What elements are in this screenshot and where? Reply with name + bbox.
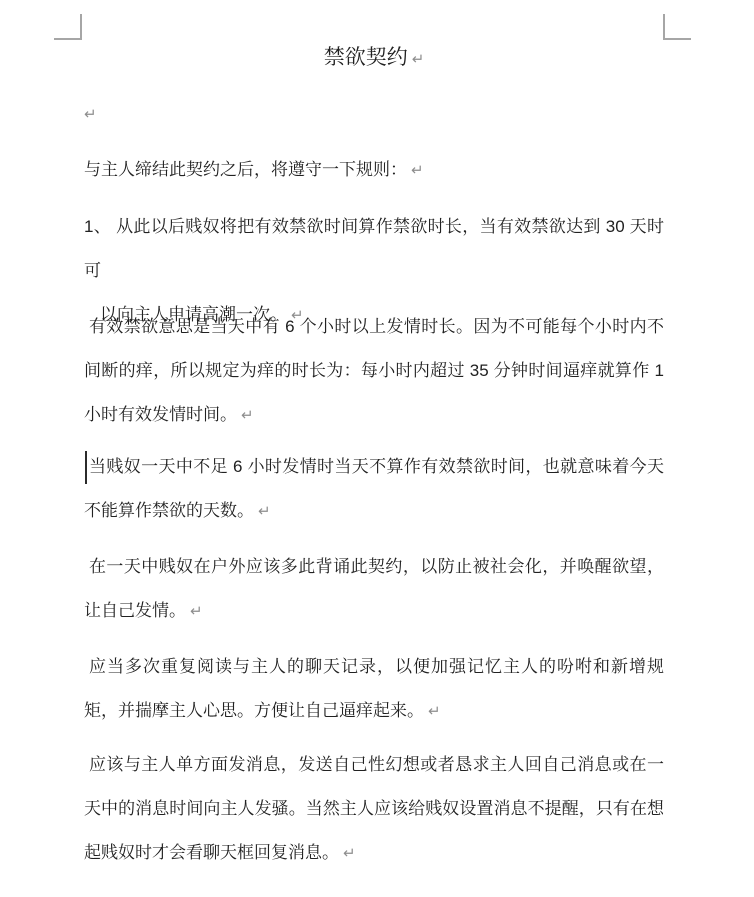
paragraph-line[interactable]: 应当多次重复阅读与主人的聊天记录，以便加强记忆主人的吩咐和新增规 (84, 645, 664, 689)
paragraph-line[interactable]: 不能算作禁欲的天数。↵ (84, 489, 664, 534)
paragraph-line[interactable]: 天中的消息时间向主人发骚。当然主人应该给贱奴设置消息不提醒，只有在想 (84, 787, 664, 831)
title-text: 禁欲契约 (324, 46, 408, 69)
paragraph-2[interactable]: 当贱奴一天中不足 6 小时发情时当天不算作有效禁欲时间，也就意味着今天 不能算作… (84, 445, 664, 534)
paragraph-mark: ↵ (411, 162, 424, 179)
paragraph-mark: ↵ (241, 407, 254, 424)
paragraph-1[interactable]: 有效禁欲意思是当天中有 6 个小时以上发情时长。因为不可能每个小时内不 间断的痒… (84, 305, 664, 438)
paragraph-line[interactable]: 当贱奴一天中不足 6 小时发情时当天不算作有效禁欲时间，也就意味着今天 (84, 445, 664, 489)
paragraph-line[interactable]: 与主人缔结此契约之后，将遵守一下规则：↵ (84, 148, 664, 193)
paragraph-line[interactable]: 让自己发情。↵ (84, 589, 664, 634)
paragraph-mark: ↵ (84, 106, 97, 123)
paragraph-mark: ↵ (343, 845, 356, 862)
paragraph-line[interactable]: 应该与主人单方面发消息，发送自己性幻想或者恳求主人回自己消息或在一 (84, 743, 664, 787)
crop-mark-top-left (54, 14, 82, 40)
paragraph-line[interactable]: 起贱奴时才会看聊天框回复消息。↵ (84, 831, 664, 876)
paragraph-line[interactable]: 小时有效发情时间。↵ (84, 393, 664, 438)
paragraph-line[interactable]: 有效禁欲意思是当天中有 6 个小时以上发情时长。因为不可能每个小时内不 (84, 305, 664, 349)
crop-mark-top-right (663, 14, 691, 40)
title-line[interactable]: 禁欲契约↵ (84, 36, 664, 82)
empty-paragraph[interactable]: ↵ (84, 92, 664, 137)
paragraph-mark: ↵ (428, 703, 441, 720)
paragraph-3[interactable]: 在一天中贱奴在户外应该多此背诵此契约，以防止被社会化，并唤醒欲望， 让自己发情。… (84, 545, 664, 634)
list-number: 1、 (84, 217, 111, 236)
intro-paragraph[interactable]: 与主人缔结此契约之后，将遵守一下规则：↵ (84, 148, 664, 193)
paragraph-mark: ↵ (258, 503, 271, 520)
paragraph-mark: ↵ (412, 51, 425, 68)
document-page[interactable]: 禁欲契约↵ ↵ 与主人缔结此契约之后，将遵守一下规则：↵ 1、从此以后贱奴将把有… (0, 0, 754, 897)
paragraph-5[interactable]: 应该与主人单方面发消息，发送自己性幻想或者恳求主人回自己消息或在一 天中的消息时… (84, 743, 664, 876)
text-cursor (85, 451, 87, 484)
paragraph-line[interactable]: 间断的痒，所以规定为痒的时长为：每小时内超过 35 分钟时间逼痒就算作 1 (84, 349, 664, 393)
paragraph-mark: ↵ (190, 603, 203, 620)
document-title[interactable]: 禁欲契约↵ (84, 36, 664, 82)
paragraph-line[interactable]: 1、从此以后贱奴将把有效禁欲时间算作禁欲时长，当有效禁欲达到 30 天时可 (84, 205, 664, 293)
paragraph-4[interactable]: 应当多次重复阅读与主人的聊天记录，以便加强记忆主人的吩咐和新增规 矩，并揣摩主人… (84, 645, 664, 734)
paragraph-line[interactable]: 在一天中贱奴在户外应该多此背诵此契约，以防止被社会化，并唤醒欲望， (84, 545, 664, 589)
paragraph-line[interactable]: 矩，并揣摩主人心思。方便让自己逼痒起来。↵ (84, 689, 664, 734)
